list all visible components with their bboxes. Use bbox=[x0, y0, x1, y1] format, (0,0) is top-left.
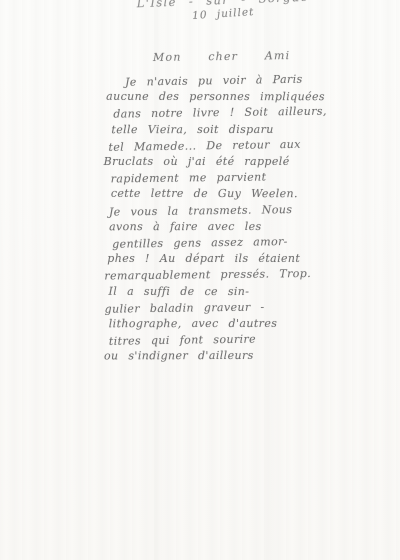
letter-line: Bruclats où j'ai été rappelé bbox=[100, 154, 350, 170]
letter-line: Il a suffi de ce sin- bbox=[100, 283, 350, 300]
letter-line: cette lettre de Guy Weelen. bbox=[100, 186, 350, 203]
salutation: Mon cher Ami bbox=[153, 49, 290, 64]
letter-line: remarquablement pressés. Trop. bbox=[100, 266, 350, 285]
letter-line: tel Mamede... De retour aux bbox=[99, 136, 349, 156]
letter-line: gulier baladin graveur - bbox=[101, 298, 351, 318]
letter-line: telle Vieira, soit disparu bbox=[99, 121, 349, 138]
letter-line: Je vous la transmets. Nous bbox=[100, 201, 350, 221]
letter-heading: L'Isle - sur - Sorgue 10 juillet bbox=[118, 0, 329, 24]
letter-body: Je n'avais pu voir à Paris aucune des pe… bbox=[99, 72, 351, 365]
letter-line: dans notre livre ! Soit ailleurs, bbox=[99, 104, 349, 124]
letter-page: L'Isle - sur - Sorgue 10 juillet Mon che… bbox=[0, 0, 400, 560]
letter-line: ou s'indigner d'ailleurs bbox=[101, 348, 351, 365]
